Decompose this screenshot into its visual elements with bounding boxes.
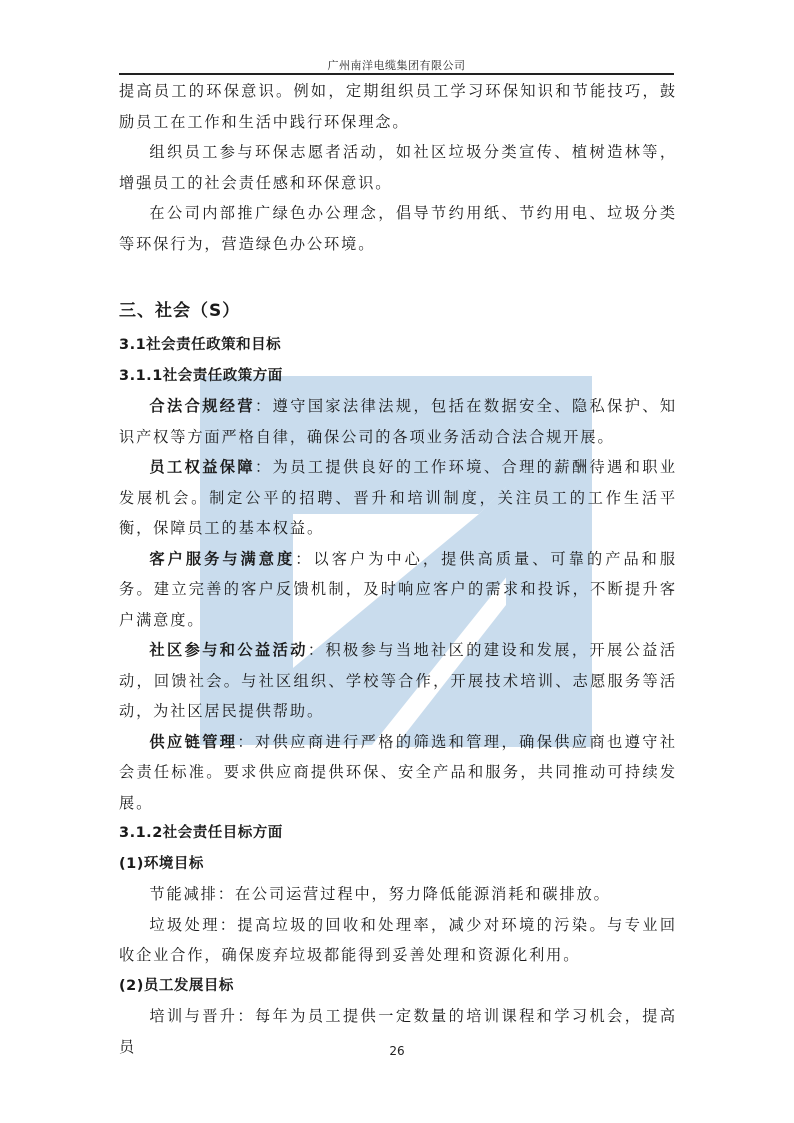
- policy-item-legal-compliance: 合法合规经营：遵守国家法律法规，包括在数据安全、隐私保护、知识产权等方面严格自律…: [119, 391, 677, 452]
- policy-lead: 供应链管理: [149, 733, 237, 751]
- policy-item-employee-rights: 员工权益保障：为员工提供良好的工作环境、合理的薪酬待遇和职业发展机会。制定公平的…: [119, 452, 677, 544]
- subsection-heading: 3.1社会责任政策和目标: [119, 330, 677, 361]
- separator: ：: [308, 641, 326, 659]
- policy-lead: 员工权益保障: [149, 458, 255, 476]
- document-body: 提高员工的环保意识。例如，定期组织员工学习环保知识和节能技巧，鼓励员工在工作和生…: [119, 76, 677, 1062]
- section-heading: 三、社会（S）: [119, 292, 677, 330]
- subsubsection-heading: 3.1.2社会责任目标方面: [119, 818, 677, 849]
- paragraph: 在公司内部推广绿色办公理念，倡导节约用纸、节约用电、垃圾分类等环保行为，营造绿色…: [119, 198, 677, 259]
- paragraph: 提高员工的环保意识。例如，定期组织员工学习环保知识和节能技巧，鼓励员工在工作和生…: [119, 76, 677, 137]
- goal-heading-employee: (2)员工发展目标: [119, 971, 677, 1002]
- paragraph: 组织员工参与环保志愿者活动，如社区垃圾分类宣传、植树造林等，增强员工的社会责任感…: [119, 137, 677, 198]
- separator: ：: [237, 733, 255, 751]
- policy-item-customer-service: 客户服务与满意度：以客户为中心，提供高质量、可靠的产品和服务。建立完善的客户反馈…: [119, 544, 677, 636]
- goal-item: 节能减排：在公司运营过程中，努力降低能源消耗和碳排放。: [119, 879, 677, 910]
- separator: ：: [255, 397, 273, 415]
- spacer: [119, 259, 677, 292]
- separator: ：: [255, 458, 273, 476]
- page-header-company: 广州南洋电缆集团有限公司: [119, 57, 674, 73]
- subsubsection-heading: 3.1.1社会责任政策方面: [119, 361, 677, 392]
- goal-heading-environment: (1)环境目标: [119, 849, 677, 880]
- policy-item-community: 社区参与和公益活动：积极参与当地社区的建设和发展，开展公益活动，回馈社会。与社区…: [119, 635, 677, 727]
- goal-item: 垃圾处理：提高垃圾的回收和处理率，减少对环境的污染。与专业回收企业合作，确保废弃…: [119, 910, 677, 971]
- policy-item-supply-chain: 供应链管理：对供应商进行严格的筛选和管理，确保供应商也遵守社会责任标准。要求供应…: [119, 727, 677, 819]
- header-rule: [119, 73, 674, 75]
- policy-lead: 客户服务与满意度: [149, 550, 295, 568]
- policy-lead: 社区参与和公益活动: [149, 641, 307, 659]
- policy-lead: 合法合规经营: [149, 397, 255, 415]
- page-number: 26: [0, 1044, 794, 1058]
- separator: ：: [295, 550, 313, 568]
